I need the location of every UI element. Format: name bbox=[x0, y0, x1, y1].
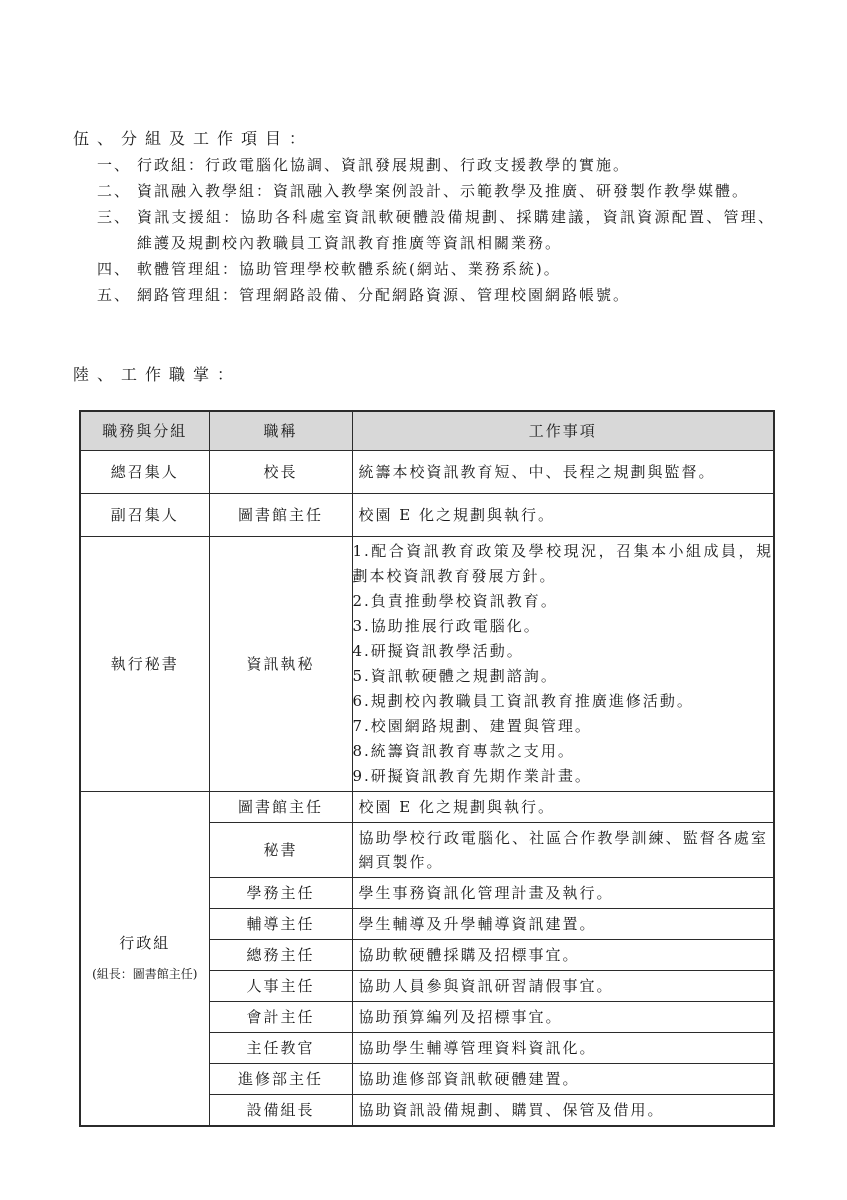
task-cell: 協助軟硬體採購及招標事宜。 bbox=[352, 939, 774, 970]
title-cell: 主任教官 bbox=[209, 1032, 352, 1063]
task-cell: 協助預算編列及招標事宜。 bbox=[352, 1001, 774, 1032]
list-item-text: 資訊融入教學組：資訊融入教學案例設計、示範教學及推廣、研發製作教學媒體。 bbox=[137, 178, 775, 204]
table-row: 行政組 (組長：圖書館主任) 圖書館主任 校園 E 化之規劃與執行。 bbox=[80, 791, 774, 822]
table-row: 總召集人 校長 統籌本校資訊教育短、中、長程之規劃與監督。 bbox=[80, 450, 774, 493]
document-page: 伍、分組及工作項目： 一、 行政組：行政電腦化協調、資訊發展規劃、行政支援教學的… bbox=[0, 0, 847, 1200]
task-cell: 協助學生輔導管理資料資訊化。 bbox=[352, 1032, 774, 1063]
duty-line: 4.研擬資訊教學活動。 bbox=[353, 639, 774, 664]
list-item: 五、 網路管理組：管理網路設備、分配網路資源、管理校園網路帳號。 bbox=[97, 282, 775, 308]
title-cell: 進修部主任 bbox=[209, 1063, 352, 1094]
title-cell: 圖書館主任 bbox=[209, 791, 352, 822]
task-cell: 統籌本校資訊教育短、中、長程之規劃與監督。 bbox=[352, 450, 774, 493]
list-item-text: 網路管理組：管理網路設備、分配網路資源、管理校園網路帳號。 bbox=[137, 282, 775, 308]
duty-line: 8.統籌資訊教育專款之支用。 bbox=[353, 739, 774, 764]
task-cell: 學生輔導及升學輔導資訊建置。 bbox=[352, 908, 774, 939]
title-cell: 學務主任 bbox=[209, 877, 352, 908]
task-cell: 協助人員參與資訊研習請假事宜。 bbox=[352, 970, 774, 1001]
task-cell: 協助進修部資訊軟硬體建置。 bbox=[352, 1063, 774, 1094]
task-cell: 協助資訊設備規劃、購買、保管及借用。 bbox=[352, 1094, 774, 1126]
task-cell: 1.配合資訊教育政策及學校現況，召集本小組成員，規劃本校資訊教育發展方針。 2.… bbox=[352, 536, 774, 791]
group-name: 行政組 bbox=[81, 932, 209, 954]
list-item-text: 行政組：行政電腦化協調、資訊發展規劃、行政支援教學的實施。 bbox=[137, 152, 775, 178]
list-item-marker: 四、 bbox=[97, 256, 137, 282]
duties-table: 職務與分組 職稱 工作事項 總召集人 校長 統籌本校資訊教育短、中、長程之規劃與… bbox=[79, 410, 775, 1127]
duty-line: 2.負責推動學校資訊教育。 bbox=[353, 589, 774, 614]
duty-line: 3.協助推展行政電腦化。 bbox=[353, 614, 774, 639]
list-item-text: 資訊支援組：協助各科處室資訊軟硬體設備規劃、採購建議，資訊資源配置、管理、維護及… bbox=[137, 204, 775, 256]
title-cell: 資訊執秘 bbox=[209, 536, 352, 791]
list-item: 一、 行政組：行政電腦化協調、資訊發展規劃、行政支援教學的實施。 bbox=[97, 152, 775, 178]
duty-line: 5.資訊軟硬體之規劃諮詢。 bbox=[353, 664, 774, 689]
list-item-marker: 三、 bbox=[97, 204, 137, 230]
list-item-text: 軟體管理組：協助管理學校軟體系統(網站、業務系統)。 bbox=[137, 256, 775, 282]
list-item-marker: 一、 bbox=[97, 152, 137, 178]
list-item: 四、 軟體管理組：協助管理學校軟體系統(網站、業務系統)。 bbox=[97, 256, 775, 282]
table-row: 副召集人 圖書館主任 校園 E 化之規劃與執行。 bbox=[80, 493, 774, 536]
section5-list: 一、 行政組：行政電腦化協調、資訊發展規劃、行政支援教學的實施。 二、 資訊融入… bbox=[97, 152, 775, 308]
duty-line: 9.研擬資訊教育先期作業計畫。 bbox=[353, 764, 774, 789]
task-cell: 學生事務資訊化管理計畫及執行。 bbox=[352, 877, 774, 908]
task-cell: 校園 E 化之規劃與執行。 bbox=[352, 791, 774, 822]
list-item: 二、 資訊融入教學組：資訊融入教學案例設計、示範教學及推廣、研發製作教學媒體。 bbox=[97, 178, 775, 204]
role-cell: 總召集人 bbox=[80, 450, 209, 493]
column-header-task: 工作事項 bbox=[352, 411, 774, 450]
title-cell: 輔導主任 bbox=[209, 908, 352, 939]
task-cell: 校園 E 化之規劃與執行。 bbox=[352, 493, 774, 536]
table-row: 執行秘書 資訊執秘 1.配合資訊教育政策及學校現況，召集本小組成員，規劃本校資訊… bbox=[80, 536, 774, 791]
list-item-marker: 二、 bbox=[97, 178, 137, 204]
title-cell: 圖書館主任 bbox=[209, 493, 352, 536]
role-cell: 執行秘書 bbox=[80, 536, 209, 791]
column-header-title: 職稱 bbox=[209, 411, 352, 450]
title-cell: 秘書 bbox=[209, 822, 352, 877]
duty-line: 6.規劃校內教職員工資訊教育推廣進修活動。 bbox=[353, 689, 774, 714]
group-leader-note: (組長：圖書館主任) bbox=[81, 964, 209, 984]
section5-heading: 伍、分組及工作項目： bbox=[73, 126, 313, 149]
duty-line: 7.校園網路規劃、建置與管理。 bbox=[353, 714, 774, 739]
duty-line: 1.配合資訊教育政策及學校現況，召集本小組成員，規劃本校資訊教育發展方針。 bbox=[353, 539, 774, 589]
group-role-cell: 行政組 (組長：圖書館主任) bbox=[80, 791, 209, 1126]
title-cell: 總務主任 bbox=[209, 939, 352, 970]
title-cell: 會計主任 bbox=[209, 1001, 352, 1032]
list-item: 三、 資訊支援組：協助各科處室資訊軟硬體設備規劃、採購建議，資訊資源配置、管理、… bbox=[97, 204, 775, 256]
task-cell: 協助學校行政電腦化、社區合作教學訓練、監督各處室網頁製作。 bbox=[352, 822, 774, 877]
title-cell: 校長 bbox=[209, 450, 352, 493]
title-cell: 人事主任 bbox=[209, 970, 352, 1001]
table-header-row: 職務與分組 職稱 工作事項 bbox=[80, 411, 774, 450]
list-item-marker: 五、 bbox=[97, 282, 137, 308]
role-cell: 副召集人 bbox=[80, 493, 209, 536]
title-cell: 設備組長 bbox=[209, 1094, 352, 1126]
section6-heading: 陸、工作職掌： bbox=[73, 362, 241, 385]
column-header-role: 職務與分組 bbox=[80, 411, 209, 450]
